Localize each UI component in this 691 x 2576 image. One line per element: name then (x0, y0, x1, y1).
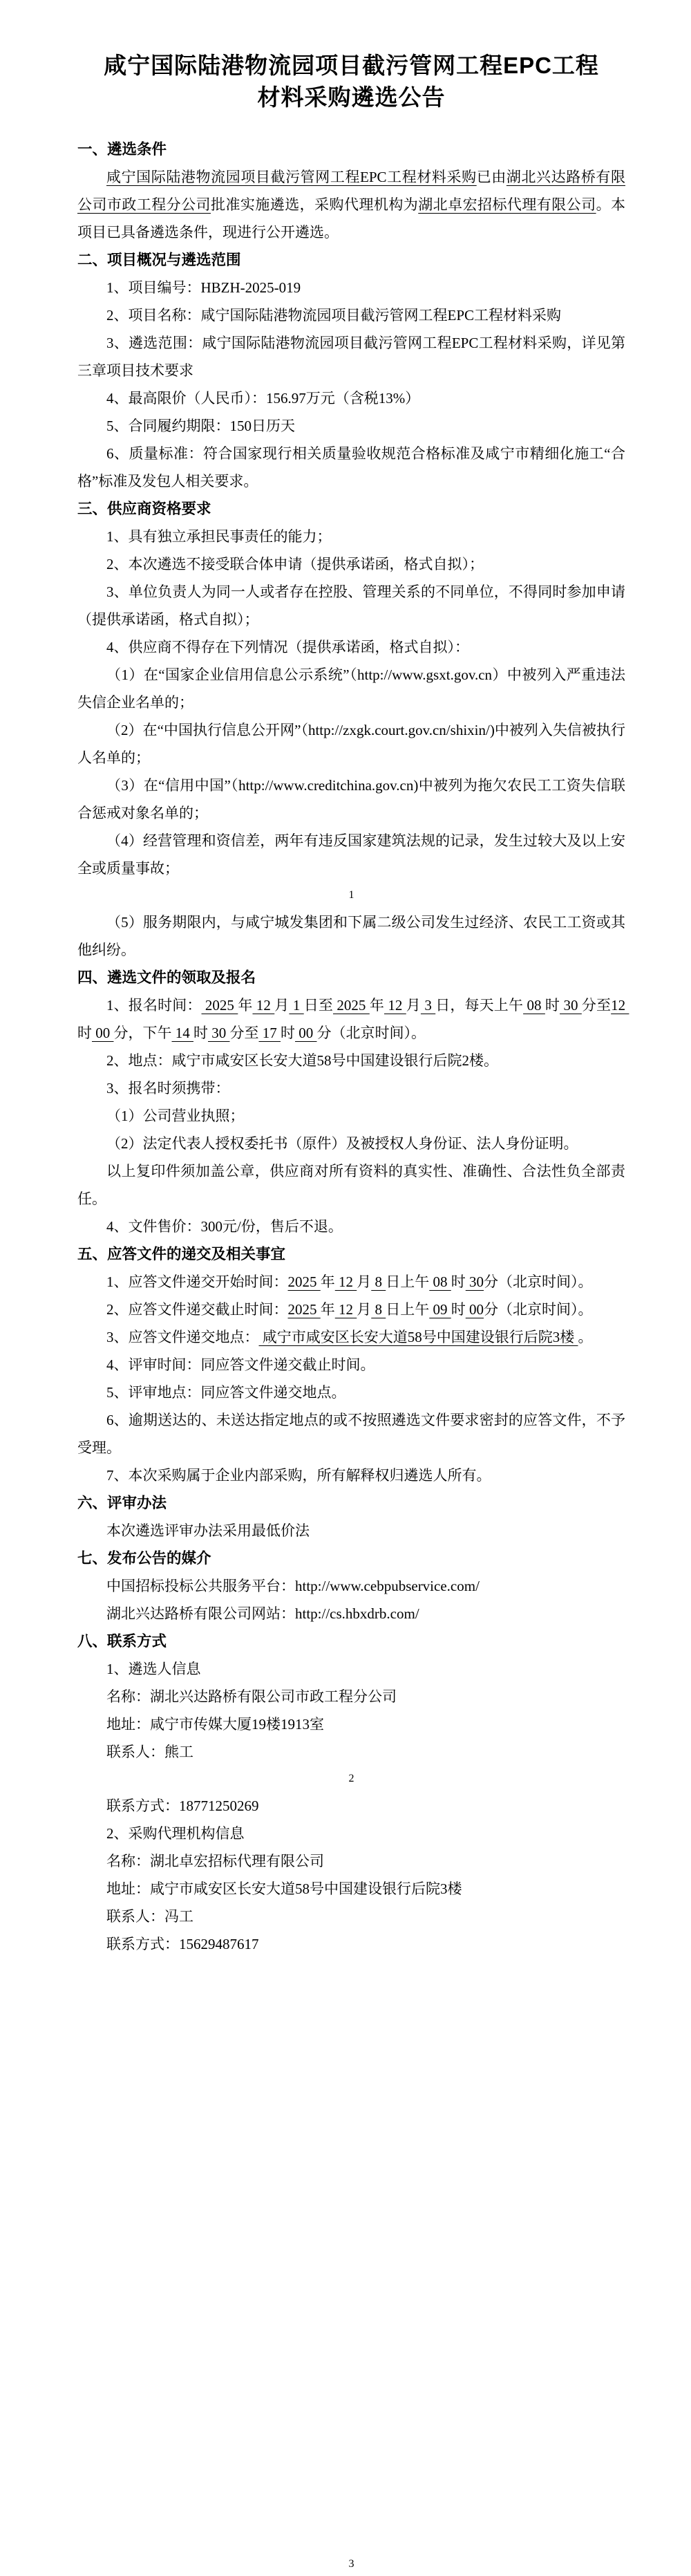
underlined-hour: 08 (429, 1273, 451, 1290)
review-place-item: 5、评审地点：同应答文件递交地点。 (77, 1379, 625, 1406)
page-number-3: 3 (77, 2553, 625, 2575)
underlined-month: 12 (335, 1273, 357, 1290)
text-segment: 月 (406, 997, 421, 1014)
text-segment: 时 (281, 1025, 295, 1041)
text-segment: 分（北京时间）。 (484, 1301, 593, 1318)
underlined-year: 2025 (288, 1273, 321, 1290)
text-segment: 3、应答文件递交地点： (106, 1329, 259, 1345)
text-segment: 时 (545, 997, 560, 1014)
text-segment: 时 (193, 1025, 208, 1041)
text-segment: 月 (357, 1301, 371, 1318)
text-segment: 分（北京时间）。 (484, 1273, 593, 1290)
underlined-hour: 12 (611, 997, 629, 1014)
text-segment: 2、应答文件递交截止时间： (106, 1301, 288, 1318)
registration-required-item: 3、报名时须携带： (77, 1074, 625, 1102)
qualification-item: 1、具有独立承担民事责任的能力； (77, 523, 625, 550)
underlined-year: 2025 (288, 1301, 321, 1318)
section-2-heading: 二、项目概况与遴选范围 (77, 246, 625, 274)
submission-place-item: 3、应答文件递交地点： 咸宁市咸安区长安大道58号中国建设银行后院3楼 。 (77, 1323, 625, 1351)
text-segment: 年 (321, 1273, 335, 1290)
underlined-hour: 08 (523, 997, 545, 1014)
media-website-item: 湖北兴达路桥有限公司网站：http://cs.hbxdrb.com/ (77, 1600, 625, 1627)
underlined-year: 2025 (333, 997, 370, 1014)
review-time-item: 4、评审时间：同应答文件递交截止时间。 (77, 1351, 625, 1379)
underlined-minute: 00 (295, 1025, 317, 1041)
qualification-subitem: （1）在“国家企业信用信息公示系统”（http://www.gsxt.gov.c… (77, 661, 625, 716)
agency-contact-phone: 联系方式：15629487617 (77, 1930, 625, 1958)
late-submission-item: 6、逾期送达的、未送达指定地点的或不按照遴选文件要求密封的应答文件，不予受理。 (77, 1406, 625, 1462)
underlined-project-name: 咸宁国际陆港物流园项目截污管网工程EPC工程材料采购 (106, 169, 477, 185)
buyer-contact-phone: 联系方式：18771250269 (77, 1792, 625, 1820)
text-segment: 年 (238, 997, 252, 1014)
underlined-hour: 17 (259, 1025, 281, 1041)
document-canvas: { "doc": { "pages": ["1", "2", "3"], "ti… (0, 0, 691, 2576)
text-segment: 日至 (304, 997, 333, 1014)
underlined-minute: 00 (466, 1301, 484, 1318)
qualification-subitem: （3）在“信用中国”（http://www.creditchina.gov.cn… (77, 772, 625, 827)
page-number-1: 1 (77, 884, 625, 906)
document-price-item: 4、文件售价：300元/份，售后不退。 (77, 1213, 625, 1240)
submission-start-item: 1、应答文件递交开始时间：2025 年 12 月 8 日上午 08 时 30分（… (77, 1268, 625, 1296)
text-segment: 日上午 (386, 1273, 429, 1290)
selection-scope-item: 3、遴选范围：咸宁国际陆港物流园项目截污管网工程EPC工程材料采购，详见第三章项… (77, 329, 625, 384)
internal-procurement-item: 7、本次采购属于企业内部采购，所有解释权归遴选人所有。 (77, 1462, 625, 1489)
title-line-1: 咸宁国际陆港物流园项目截污管网工程EPC工程 (77, 50, 625, 82)
text-segment: 日上午 (386, 1301, 429, 1318)
contract-period-item: 5、合同履约期限：150日历天 (77, 412, 625, 440)
qualification-item: 4、供应商不得存在下列情况（提供承诺函，格式自拟）： (77, 633, 625, 661)
underlined-year: 2025 (202, 997, 238, 1014)
underlined-hour: 14 (172, 1025, 194, 1041)
qualification-item: 3、单位负责人为同一人或者存在控股、管理关系的不同单位，不得同时参加申请（提供承… (77, 578, 625, 633)
text-segment: 已由 (477, 169, 507, 185)
section-1-paragraph: 咸宁国际陆港物流园项目截污管网工程EPC工程材料采购已由湖北兴达路桥有限公司市政… (77, 163, 625, 246)
document-title: 咸宁国际陆港物流园项目截污管网工程EPC工程 材料采购遴选公告 (77, 50, 625, 113)
text-segment: 时 (451, 1273, 466, 1290)
underlined-month: 12 (252, 997, 274, 1014)
underlined-day: 1 (289, 997, 303, 1014)
review-method-text: 本次遴选评审办法采用最低价法 (77, 1517, 625, 1544)
underlined-minute: 30 (208, 1025, 230, 1041)
section-4-heading: 四、遴选文件的领取及报名 (77, 964, 625, 991)
section-3-heading: 三、供应商资格要求 (77, 495, 625, 523)
agency-info-label: 2、采购代理机构信息 (77, 1820, 625, 1847)
agency-contact-person: 联系人：冯工 (77, 1903, 625, 1930)
registration-subitem: （1）公司营业执照； (77, 1102, 625, 1130)
text-segment: 分至 (230, 1025, 259, 1041)
text-segment: 年 (370, 997, 384, 1014)
section-1-heading: 一、遴选条件 (77, 136, 625, 163)
text-segment: 时 (77, 1025, 92, 1041)
section-6-heading: 六、评审办法 (77, 1489, 625, 1517)
agency-address: 地址：咸宁市咸安区长安大道58号中国建设银行后院3楼 (77, 1875, 625, 1903)
qualification-item: 2、本次遴选不接受联合体申请（提供承诺函，格式自拟）； (77, 550, 625, 578)
media-platform-item: 中国招标投标公共服务平台：http://www.cebpubservice.co… (77, 1572, 625, 1600)
registration-place-item: 2、地点：咸宁市咸安区长安大道58号中国建设银行后院2楼。 (77, 1047, 625, 1074)
section-7-heading: 七、发布公告的媒介 (77, 1544, 625, 1572)
text-segment: 年 (321, 1301, 335, 1318)
underlined-address: 咸宁市咸安区长安大道58号中国建设银行后院3楼 (259, 1329, 578, 1345)
buyer-name: 名称：湖北兴达路桥有限公司市政工程分公司 (77, 1683, 625, 1710)
document-page: 咸宁国际陆港物流园项目截污管网工程EPC工程 材料采购遴选公告 一、遴选条件 咸… (0, 0, 691, 2575)
underlined-hour: 09 (429, 1301, 451, 1318)
underlined-minute: 30 (560, 997, 582, 1014)
qualification-subitem: （4）经营管理和资信差，两年有违反国家建筑法规的记录，发生过较大及以上安全或质量… (77, 827, 625, 882)
text-segment: 1、应答文件递交开始时间： (106, 1273, 288, 1290)
underlined-minute: 30 (466, 1273, 484, 1290)
buyer-address: 地址：咸宁市传媒大厦19楼1913室 (77, 1710, 625, 1738)
page-number-2: 2 (77, 1768, 625, 1790)
text-segment: 。 (578, 1329, 593, 1345)
quality-standard-item: 6、质量标准：符合国家现行相关质量验收规范合格标准及咸宁市精细化施工“合格”标准… (77, 440, 625, 495)
section-8-heading: 八、联系方式 (77, 1627, 625, 1655)
qualification-subitem: （5）服务期限内，与咸宁城发集团和下属二级公司发生过经济、农民工工资或其他纠纷。 (77, 908, 625, 964)
buyer-info-label: 1、遴选人信息 (77, 1655, 625, 1683)
text-segment: 月 (274, 997, 289, 1014)
underlined-agency-name: 湖北卓宏招标代理有限公司 (418, 196, 596, 213)
submission-deadline-item: 2、应答文件递交截止时间：2025 年 12 月 8 日上午 09 时 00分（… (77, 1296, 625, 1323)
project-number-item: 1、项目编号：HBZH-2025-019 (77, 274, 625, 301)
underlined-day: 3 (421, 997, 435, 1014)
text-segment: 分，下午 (114, 1025, 172, 1041)
agency-name: 名称：湖北卓宏招标代理有限公司 (77, 1847, 625, 1875)
text-segment: 时 (451, 1301, 466, 1318)
underlined-month: 12 (335, 1301, 357, 1318)
text-segment: 日，每天上午 (435, 997, 523, 1014)
qualification-subitem: （2）在“中国执行信息公开网”（http://zxgk.court.gov.cn… (77, 716, 625, 772)
registration-subitem: （2）法定代表人授权委托书（原件）及被授权人身份证、法人身份证明。 (77, 1130, 625, 1157)
underlined-day: 8 (371, 1273, 386, 1290)
registration-time-item: 1、报名时间： 2025 年 12 月 1 日至 2025 年 12 月 3 日… (77, 991, 625, 1047)
text-segment: 1、报名时间： (106, 997, 202, 1014)
underlined-day: 8 (371, 1301, 386, 1318)
text-segment: 分至 (582, 997, 611, 1014)
blank-area (77, 1958, 625, 2551)
registration-note: 以上复印件须加盖公章，供应商对所有资料的真实性、准确性、合法性负全部责任。 (77, 1157, 625, 1213)
buyer-contact-person: 联系人：熊工 (77, 1738, 625, 1766)
price-limit-item: 4、最高限价（人民币）：156.97万元（含税13%） (77, 384, 625, 412)
underlined-month: 12 (384, 997, 406, 1014)
project-name-item: 2、项目名称：咸宁国际陆港物流园项目截污管网工程EPC工程材料采购 (77, 301, 625, 329)
text-segment: 批准实施遴选，采购代理机构为 (211, 196, 418, 213)
underlined-minute: 00 (92, 1025, 114, 1041)
title-line-2: 材料采购遴选公告 (77, 82, 625, 113)
text-segment: 分（北京时间）。 (317, 1025, 426, 1041)
section-5-heading: 五、应答文件的递交及相关事宜 (77, 1240, 625, 1268)
text-segment: 月 (357, 1273, 371, 1290)
